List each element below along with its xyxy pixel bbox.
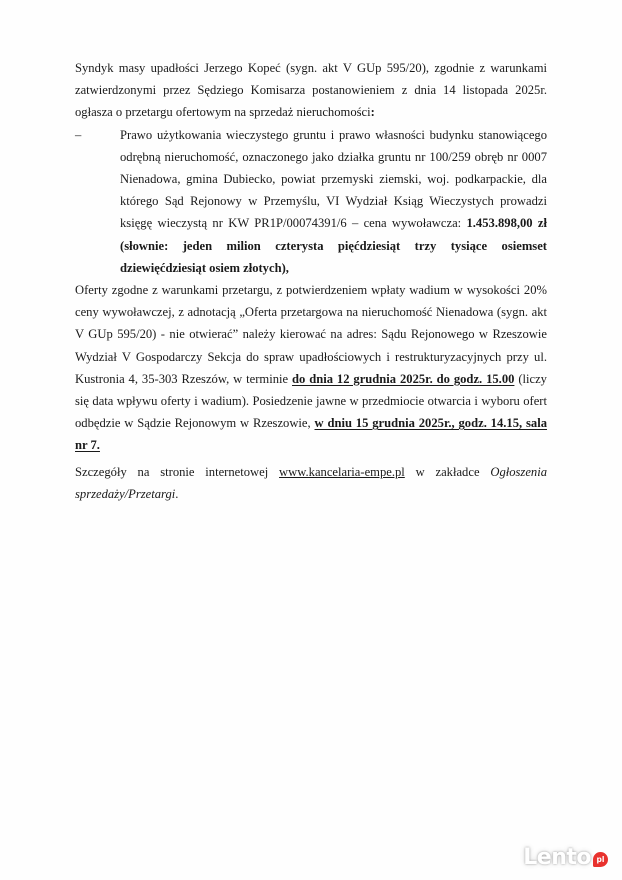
- details-end: .: [175, 487, 178, 501]
- website-link[interactable]: www.kancelaria-empe.pl: [279, 465, 405, 479]
- offers-paragraph: Oferty zgodne z warunkami przetargu, z p…: [75, 279, 547, 457]
- intro-text: Syndyk masy upadłości Jerzego Kopeć (syg…: [75, 61, 547, 119]
- document-page: Syndyk masy upadłości Jerzego Kopeć (syg…: [0, 0, 622, 880]
- announcement-body: Syndyk masy upadłości Jerzego Kopeć (syg…: [75, 57, 547, 505]
- lento-watermark: Lento pl: [523, 845, 608, 870]
- offers-text: Oferty zgodne z warunkami przetargu, z p…: [75, 283, 547, 386]
- property-list: – Prawo użytkowania wieczystego gruntu i…: [75, 124, 547, 279]
- details-text: Szczegóły na stronie internetowej: [75, 465, 279, 479]
- intro-paragraph: Syndyk masy upadłości Jerzego Kopeć (syg…: [75, 57, 547, 124]
- speech-bubble-icon: pl: [593, 852, 608, 867]
- intro-colon: :: [371, 105, 375, 119]
- list-item: – Prawo użytkowania wieczystego gruntu i…: [75, 124, 547, 279]
- details-paragraph: Szczegóły na stronie internetowej www.ka…: [75, 461, 547, 505]
- watermark-brand: Lento: [523, 845, 591, 870]
- property-description: Prawo użytkowania wieczystego gruntu i p…: [120, 128, 547, 231]
- dash-bullet-icon: –: [75, 124, 81, 146]
- offer-deadline: do dnia 12 grudnia 2025r. do godz. 15.00: [292, 372, 514, 386]
- details-middle-text: w zakładce: [405, 465, 491, 479]
